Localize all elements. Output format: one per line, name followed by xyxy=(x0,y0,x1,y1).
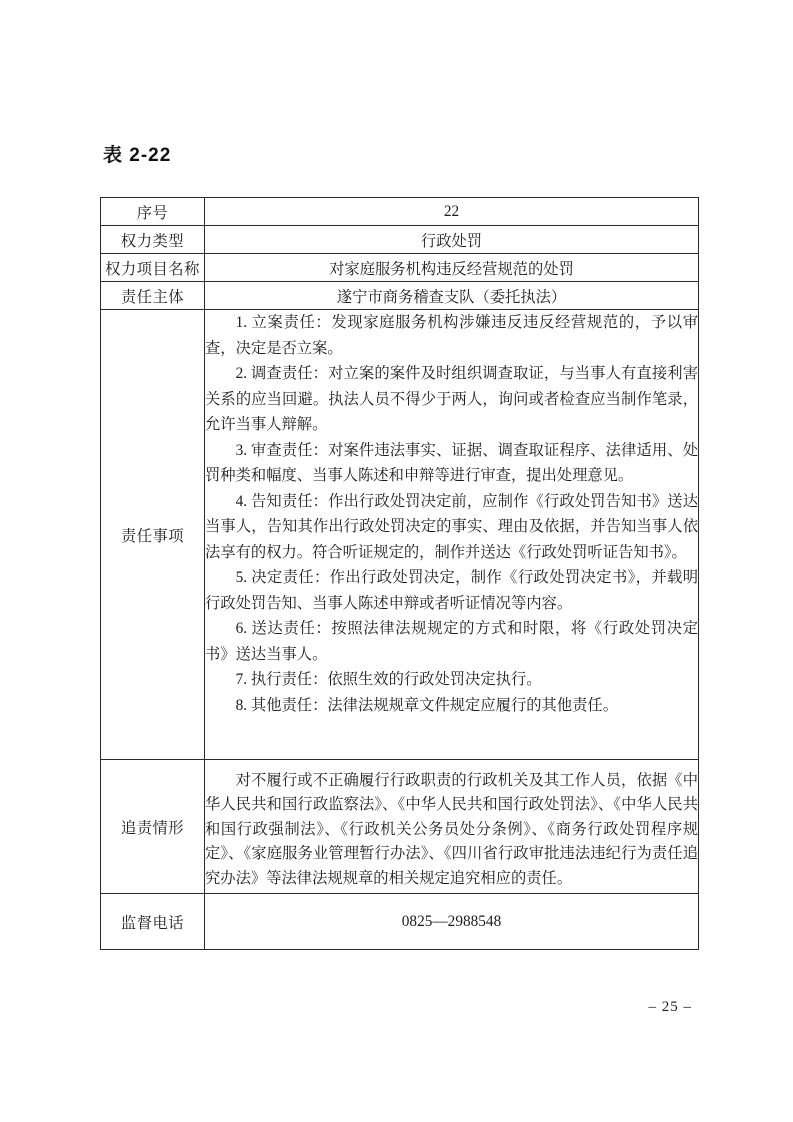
row-label-serial: 序号 xyxy=(101,198,205,226)
row-label-duty-items: 责任事项 xyxy=(101,310,205,760)
table-row-accountability: 追责情形 对不履行或不正确履行行政职责的行政机关及其工作人员，依据《中华人民共和… xyxy=(101,760,699,894)
duty-paragraph: 8. 其他责任：法律法规规章文件规定应履行的其他责任。 xyxy=(205,693,698,719)
table-row-responsible-entity: 责任主体 遂宁市商务稽查支队（委托执法） xyxy=(101,282,699,310)
document-page: 表 2-22 序号 22 权力类型 行政处罚 权力项目名称 对家庭服务机构违反经… xyxy=(0,0,793,1122)
duty-paragraph: 2. 调查责任：对立案的案件及时组织调查取证，与当事人有直接利害关系的应当回避。… xyxy=(205,361,698,438)
duty-paragraph: 5. 决定责任：作出行政处罚决定，制作《行政处罚决定书》，并载明行政处罚告知、当… xyxy=(205,565,698,616)
duty-paragraph: 7. 执行责任：依照生效的行政处罚决定执行。 xyxy=(205,667,698,693)
page-number: – 25 – xyxy=(649,999,693,1016)
row-value-accountability: 对不履行或不正确履行行政职责的行政机关及其工作人员，依据《中华人民共和国行政监察… xyxy=(205,760,699,894)
table-row-power-type: 权力类型 行政处罚 xyxy=(101,226,699,254)
row-label-accountability: 追责情形 xyxy=(101,760,205,894)
row-label-power-type: 权力类型 xyxy=(101,226,205,254)
row-value-serial: 22 xyxy=(205,198,699,226)
accountability-paragraph: 对不履行或不正确履行行政职责的行政机关及其工作人员，依据《中华人民共和国行政监察… xyxy=(205,769,698,891)
table-row-supervision-phone: 监督电话 0825—2988548 xyxy=(101,894,699,950)
table-caption: 表 2-22 xyxy=(103,140,171,167)
table-row-power-item-name: 权力项目名称 对家庭服务机构违反经营规范的处罚 xyxy=(101,254,699,282)
duty-paragraph: 3. 审查责任：对案件违法事实、证据、调查取证程序、法律适用、处罚种类和幅度、当… xyxy=(205,438,698,489)
row-label-power-item-name: 权力项目名称 xyxy=(101,254,205,282)
responsibility-table: 序号 22 权力类型 行政处罚 权力项目名称 对家庭服务机构违反经营规范的处罚 … xyxy=(100,197,699,950)
row-label-supervision-phone: 监督电话 xyxy=(101,894,205,950)
row-value-power-item-name: 对家庭服务机构违反经营规范的处罚 xyxy=(205,254,699,282)
table-row-duty-items: 责任事项 1. 立案责任：发现家庭服务机构涉嫌违反违反经营规范的，予以审查，决定… xyxy=(101,310,699,760)
table-row-serial: 序号 22 xyxy=(101,198,699,226)
duty-paragraph: 1. 立案责任：发现家庭服务机构涉嫌违反违反经营规范的，予以审查，决定是否立案。 xyxy=(205,310,698,361)
row-value-power-type: 行政处罚 xyxy=(205,226,699,254)
duty-paragraph: 6. 送达责任：按照法律法规规定的方式和时限，将《行政处罚决定书》送达当事人。 xyxy=(205,616,698,667)
row-value-duty-items: 1. 立案责任：发现家庭服务机构涉嫌违反违反经营规范的，予以审查，决定是否立案。… xyxy=(205,310,699,760)
duty-paragraph: 4. 告知责任：作出行政处罚决定前，应制作《行政处罚告知书》送达当事人，告知其作… xyxy=(205,489,698,566)
row-label-responsible-entity: 责任主体 xyxy=(101,282,205,310)
row-value-responsible-entity: 遂宁市商务稽查支队（委托执法） xyxy=(205,282,699,310)
row-value-supervision-phone: 0825—2988548 xyxy=(205,894,699,950)
